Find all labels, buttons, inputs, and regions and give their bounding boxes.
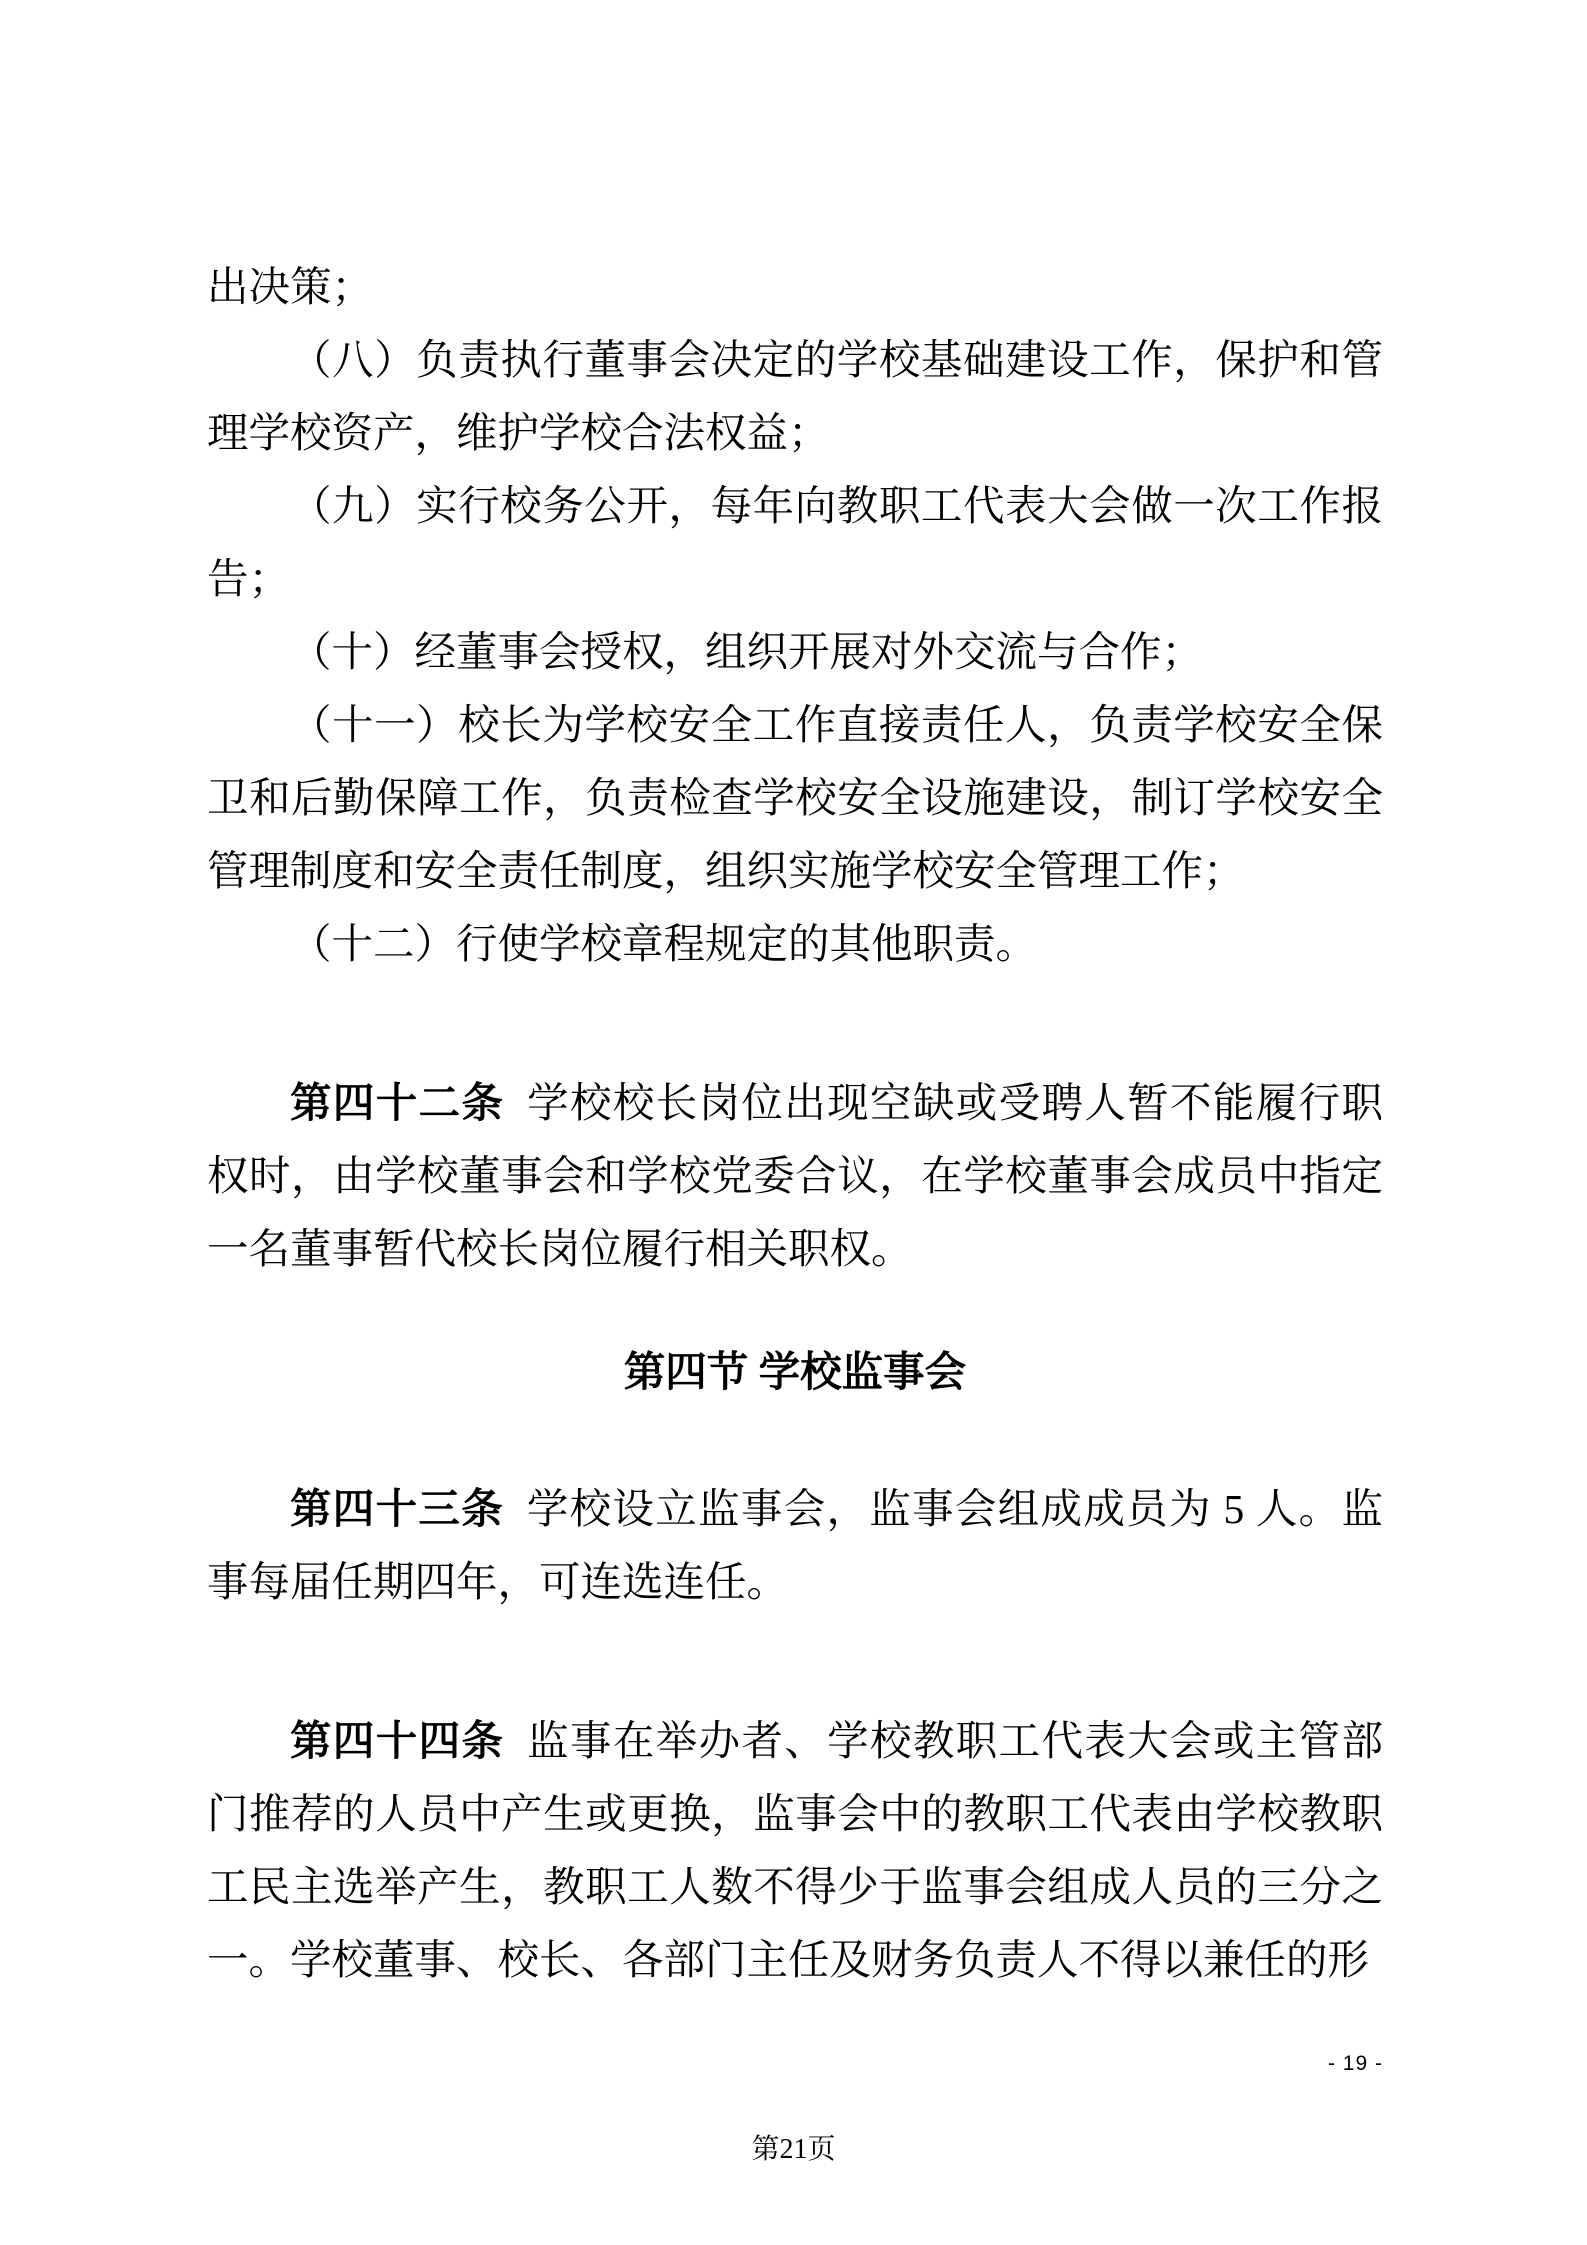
article-paragraph: 第四十四条监事在举办者、学校教职工代表大会或主管部门推荐的人员中产生或更换，监事…	[207, 1705, 1383, 1997]
article-paragraph: 第四十三条学校设立监事会，监事会组成成员为 5 人。监事每届任期四年，可连选连任…	[207, 1473, 1383, 1619]
body-paragraph: （九）实行校务公开，每年向教职工代表大会做一次工作报告；	[207, 470, 1383, 616]
corner-page-number: - 19 -	[1328, 2052, 1383, 2076]
article-number: 第四十二条	[290, 1080, 504, 1126]
article-paragraph: 第四十二条学校校长岗位出现空缺或受聘人暂不能履行职权时，由学校董事会和学校党委合…	[207, 1067, 1383, 1286]
body-paragraph: （十一）校长为学校安全工作直接责任人，负责学校安全保卫和后勤保障工作，负责检查学…	[207, 689, 1383, 908]
body-paragraph: （八）负责执行董事会决定的学校基础建设工作，保护和管理学校资产，维护学校合法权益…	[207, 324, 1383, 470]
section-heading: 第四节 学校监事会	[207, 1336, 1383, 1409]
article-number: 第四十三条	[290, 1486, 504, 1532]
body-paragraph: （十）经董事会授权，组织开展对外交流与合作；	[207, 616, 1383, 689]
footer-page-number: 第21页	[0, 2127, 1587, 2167]
body-paragraph: （十二）行使学校章程规定的其他职责。	[207, 908, 1383, 981]
body-paragraph: 出决策；	[207, 251, 1383, 324]
document-body: 出决策；（八）负责执行董事会决定的学校基础建设工作，保护和管理学校资产，维护学校…	[207, 251, 1383, 1997]
article-number: 第四十四条	[290, 1718, 504, 1764]
document-page: { "page": { "background_color": "#ffffff…	[0, 0, 1587, 2245]
